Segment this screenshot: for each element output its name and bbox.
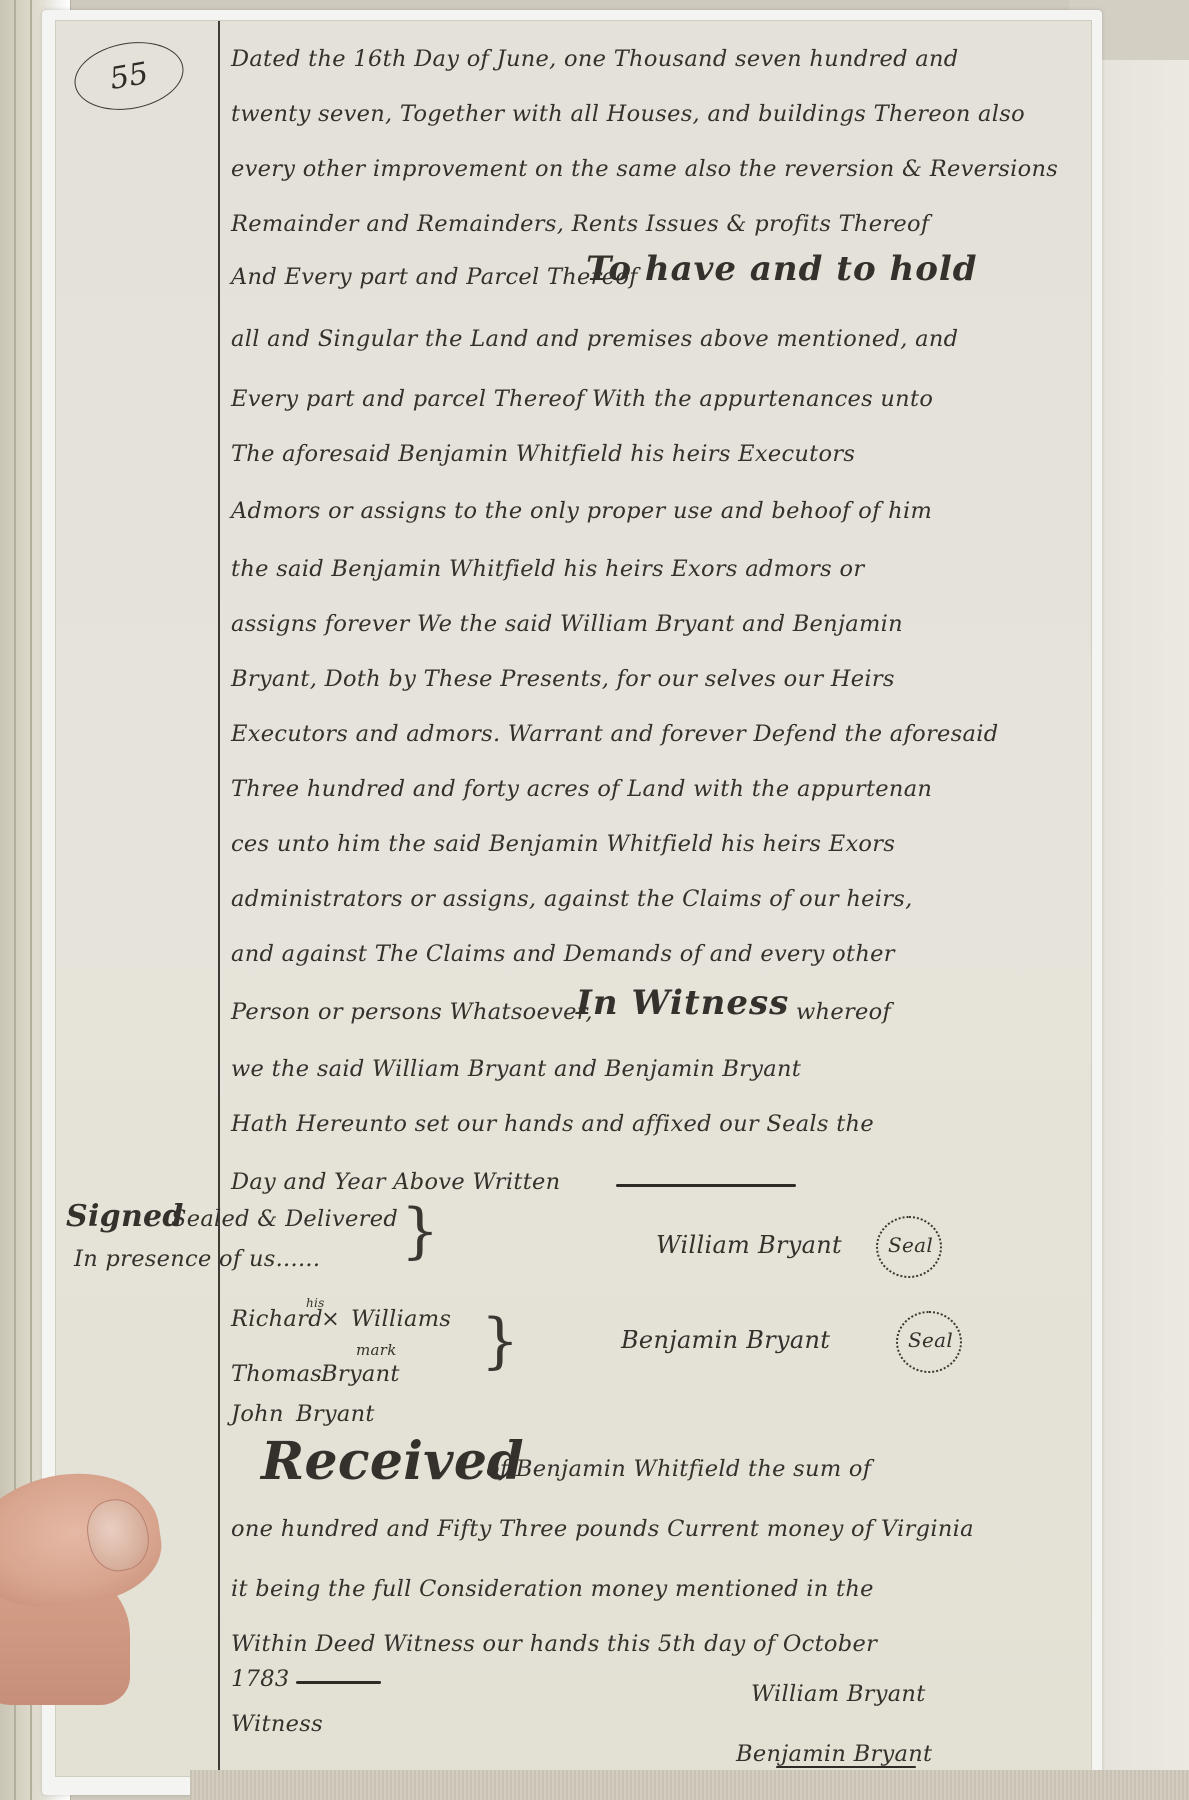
deed-line: Dated the 16th Day of June, one Thousand… (231, 46, 958, 72)
deed-line: the said Benjamin Whitfield his heirs Ex… (231, 556, 864, 582)
receipt-line: one hundred and Fifty Three pounds Curre… (231, 1516, 974, 1542)
brace-icon: } (481, 1306, 519, 1376)
deed-line: administrators or assigns, against the C… (231, 886, 913, 912)
deed-line: Person or persons Whatsoever, (231, 999, 593, 1025)
receipt-line: Within Deed Witness our hands this 5th d… (231, 1631, 877, 1657)
closing-stroke (616, 1184, 796, 1187)
receipt-line: of Benjamin Whitfield the sum of (486, 1456, 871, 1482)
seal-label: Seal (888, 1233, 933, 1257)
deed-line: and against The Claims and Demands of an… (231, 941, 895, 967)
deed-line: And Every part and Parcel Thereof (231, 264, 638, 290)
receipt-signature: William Bryant (751, 1681, 926, 1707)
deed-line: we the said William Bryant and Benjamin … (231, 1056, 801, 1082)
deed-line: ces unto him the said Benjamin Whitfield… (231, 831, 895, 857)
witness-first-name: Thomas (231, 1361, 322, 1387)
receipt-line: it being the full Consideration money me… (231, 1576, 874, 1602)
deed-line: Hath Hereunto set our hands and affixed … (231, 1111, 874, 1137)
year-stroke (296, 1681, 381, 1684)
deed-line: Admors or assigns to the only proper use… (231, 498, 932, 524)
deed-line: Every part and parcel Thereof With the a… (231, 386, 933, 412)
deed-line: whereof (796, 999, 891, 1025)
signature-benjamin-bryant: Benjamin Bryant (621, 1326, 830, 1354)
deed-line: Three hundred and forty acres of Land wi… (231, 776, 932, 802)
deed-line: The aforesaid Benjamin Whitfield his hei… (231, 441, 855, 467)
signature-william-bryant: William Bryant (656, 1231, 842, 1259)
witness-first-name: Richard (231, 1306, 323, 1332)
seal-label: Seal (908, 1328, 953, 1352)
deed-line: every other improvement on the same also… (231, 156, 1058, 182)
witness-last-name: Williams (351, 1306, 451, 1332)
deed-line: all and Singular the Land and premises a… (231, 326, 958, 352)
deed-page: 55 Dated the 16th Day of June, one Thous… (55, 20, 1092, 1777)
receipt-witness-label: Witness (231, 1711, 323, 1737)
deed-line: Bryant, Doth by These Presents, for our … (231, 666, 895, 692)
receipt-year: 1783 (231, 1666, 289, 1692)
page-number: 55 (107, 55, 151, 96)
margin-rule (218, 21, 220, 1776)
right-sheet (1093, 60, 1189, 1800)
received-heading: Received (261, 1431, 524, 1492)
holding-thumb (0, 1455, 165, 1705)
receipt-signature: Benjamin Bryant (736, 1741, 932, 1767)
deed-line: Remainder and Remainders, Rents Issues &… (231, 211, 929, 237)
signature-stroke (776, 1766, 916, 1768)
deed-line: Executors and admors. Warrant and foreve… (231, 721, 998, 747)
signed-heading: Signed (66, 1199, 184, 1234)
brace-icon: } (401, 1196, 439, 1266)
mark-below: mark (356, 1341, 397, 1359)
witness-last-name: Bryant (296, 1401, 375, 1427)
deed-line: Day and Year Above Written (231, 1169, 560, 1195)
photo-scene: 55 Dated the 16th Day of June, one Thous… (0, 0, 1189, 1800)
witness-mark: × (321, 1306, 340, 1332)
deed-line: assigns forever We the said William Brya… (231, 611, 903, 637)
witness-first-name: John (231, 1401, 284, 1427)
sealed-delivered: Sealed & Delivered (171, 1206, 398, 1232)
page-number-circled: 55 (69, 34, 189, 118)
in-witness-flourish: In Witness (576, 983, 789, 1023)
in-presence-of: In presence of us...... (74, 1246, 320, 1272)
habendum-flourish: To have and to hold (586, 249, 978, 289)
deed-line: twenty seven, Together with all Houses, … (231, 101, 1025, 127)
witness-last-name: Bryant (321, 1361, 400, 1387)
table-fabric (190, 1770, 1189, 1800)
